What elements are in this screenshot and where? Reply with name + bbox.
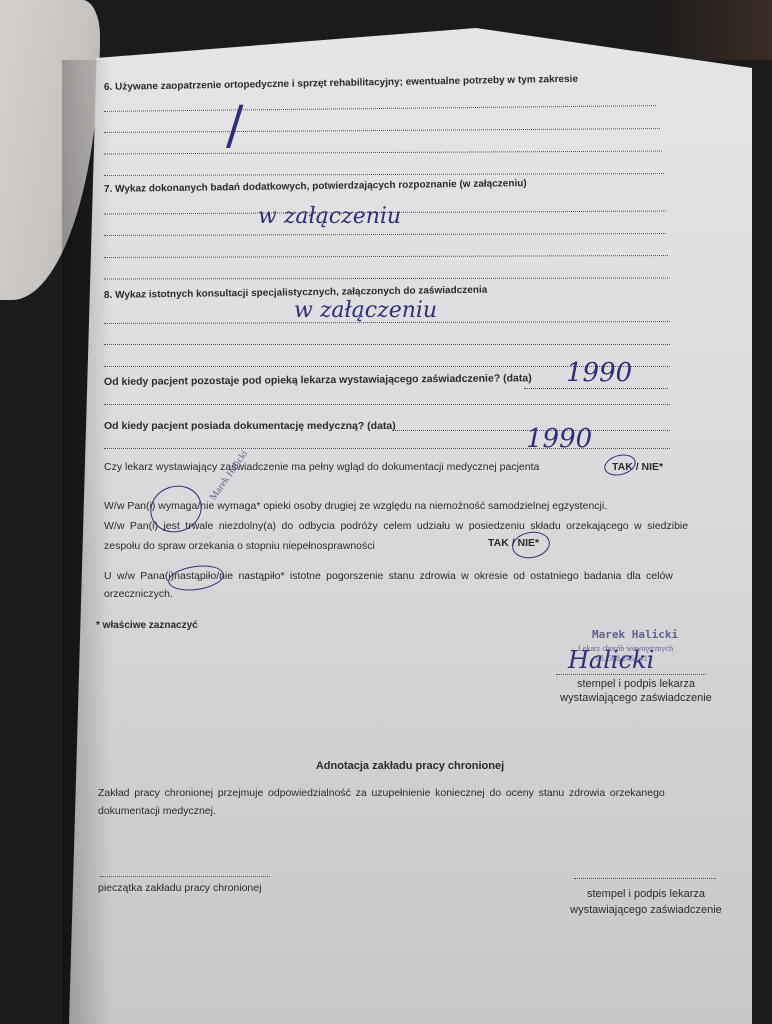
- travel-incapable-line-2: zespołu do spraw orzekania o stopniu nie…: [104, 540, 375, 552]
- care-since-label: Od kiedy pacjent pozostaje pod opieką le…: [104, 372, 532, 388]
- doctor-stamp-name: Marek Halicki: [592, 628, 678, 641]
- care-since-line-2: [104, 404, 670, 405]
- form-document: 6. Używane zaopatrzenie ortopedyczne i s…: [0, 0, 772, 1024]
- annotation-doctor-label-2: wystawiającego zaświadczenie: [558, 904, 734, 916]
- annotation-doctor-label-1: stempel i podpis lekarza: [566, 888, 726, 900]
- deterioration-suffix: istotne pogorszenie stanu zdrowia w okre…: [290, 570, 673, 582]
- section-7-label: 7. Wykaz dokonanych badań dodatkowych, p…: [104, 178, 527, 195]
- travel-incapable-line-1: W/w Pan(i) jest trwale niezdolny(a) do o…: [104, 520, 688, 532]
- doctor-signature: Halicki: [568, 646, 654, 674]
- care-required-suffix: opieki osoby drugiej ze względu na niemo…: [263, 500, 607, 512]
- documentation-since-answer: 1990: [526, 424, 592, 454]
- section-7-line-4: [104, 278, 670, 280]
- care-since-answer: 1990: [566, 358, 632, 388]
- footnote: * właściwe zaznaczyć: [96, 620, 198, 631]
- section-6-line-1: [104, 105, 656, 112]
- care-required-prefix: W/w Pan(i): [104, 500, 155, 512]
- full-access-selected-mark: [602, 451, 638, 479]
- care-since-line: [524, 388, 668, 389]
- annotation-body-line-2: dokumentacji medycznej.: [98, 805, 216, 817]
- overlapping-doctor-stamp: Marek Halicki: [208, 449, 250, 503]
- section-6-line-2: [104, 128, 660, 133]
- annotation-doctor-line: [574, 878, 716, 879]
- doctor-signature-label-1: stempel i podpis lekarza: [556, 678, 716, 690]
- doctor-signature-label-2: wystawiającego zaświadczenie: [550, 692, 722, 704]
- section-6-answer: /: [226, 96, 244, 156]
- deterioration-line-2: orzeczniczych.: [104, 588, 173, 600]
- deterioration-option-b[interactable]: nie nastąpiło*: [219, 570, 284, 582]
- annotation-heading: Adnotacja zakładu pracy chronionej: [250, 760, 570, 772]
- deterioration-selected-mark: [167, 562, 226, 594]
- employer-stamp-label: pieczątka zakładu pracy chronionej: [98, 882, 261, 894]
- doctor-signature-line: [556, 674, 706, 675]
- section-7-answer: w załączeniu: [258, 204, 401, 229]
- section-7-line-2: [104, 233, 666, 236]
- section-6-label: 6. Używane zaopatrzenie ortopedyczne i s…: [104, 74, 578, 93]
- section-7-line-3: [104, 255, 668, 258]
- section-6-line-3: [104, 151, 662, 155]
- section-8-answer: w załączeniu: [294, 298, 437, 323]
- deterioration-prefix: U w/w Pana(i): [104, 570, 174, 582]
- annotation-body-line-1: Zakład pracy chronionej przejmuje odpowi…: [98, 787, 665, 799]
- section-8-line-2: [104, 344, 670, 345]
- section-6-line-4: [104, 173, 664, 176]
- documentation-since-label: Od kiedy pacjent posiada dokumentację me…: [104, 420, 396, 432]
- care-required-option-b[interactable]: nie wymaga*: [200, 500, 260, 512]
- full-access-label: Czy lekarz wystawiający zaświadczenie ma…: [104, 461, 539, 473]
- employer-stamp-line: [100, 876, 270, 877]
- travel-incapable-selected-mark: [510, 529, 552, 561]
